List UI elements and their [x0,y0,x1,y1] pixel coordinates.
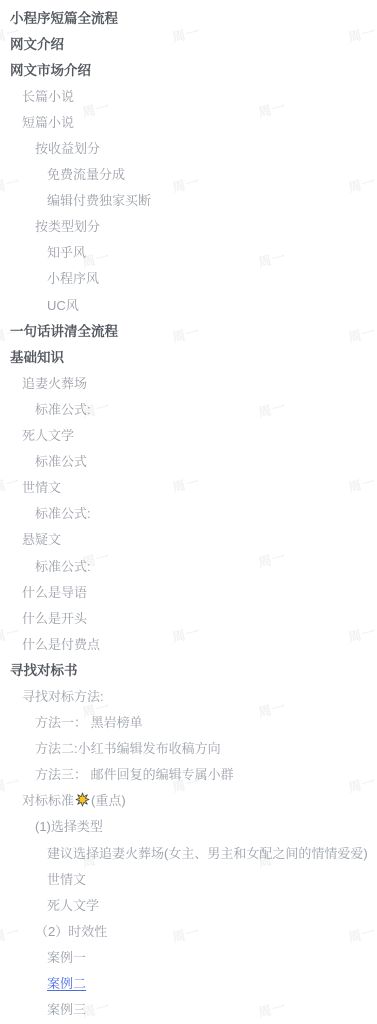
outline-item[interactable]: 网文介绍 [0,30,377,56]
outline-item[interactable]: 悬疑文 [0,526,377,552]
outline-item-label: 标准公式: [35,556,91,575]
outline-item[interactable]: 案例一 [0,943,377,969]
outline-item[interactable]: 按类型划分 [0,213,377,239]
outline-item-label: 短篇小说 [22,112,74,131]
outline-item[interactable]: 死人文学 [0,891,377,917]
outline-item-label: 世情文 [47,869,86,888]
outline-item-label: UC风 [47,295,79,314]
outline-item[interactable]: 世情文 [0,474,377,500]
outline-item[interactable]: 编辑付费独家买断 [0,187,377,213]
outline-item-label: 什么是导语 [22,582,87,601]
outline-item[interactable]: （2）时效性 [0,917,377,943]
outline-item-label: 建议选择追妻火葬场(女主、男主和女配之间的情情爱爱) [47,843,368,862]
outline-item-label: 网文介绍 [10,33,64,53]
outline-item-label: 悬疑文 [22,529,61,548]
outline-item[interactable]: 标准公式: [0,500,377,526]
outline-item[interactable]: 基础知识 [0,343,377,369]
outline-item[interactable]: 方法二:小红书编辑发布收稿方向 [0,735,377,761]
outline-item[interactable]: 案例三 [0,996,377,1022]
outline-item-label: （2）时效性 [35,921,107,940]
outline-item[interactable]: 寻找对标方法: [0,682,377,708]
outline-item-label: 一句话讲清全流程 [10,320,118,340]
outline-item-label: 寻找对标书 [10,659,78,679]
outline-item-label: 案例二 [47,973,86,992]
outline-item[interactable]: 世情文 [0,865,377,891]
outline-item-label: 寻找对标方法: [22,686,104,705]
outline-item-label: 世情文 [22,477,61,496]
outline-item-label: 什么是付费点 [22,634,100,653]
outline-item[interactable]: 什么是开头 [0,604,377,630]
outline-item[interactable]: 免费流量分成 [0,161,377,187]
outline-item-label: 方法一： 黑岩榜单 [35,712,143,731]
outline-item-label: 案例一 [47,947,86,966]
outline-item[interactable]: 按收益划分 [0,134,377,160]
outline-item[interactable]: 死人文学 [0,422,377,448]
outline-list: 小程序短篇全流程网文介绍网文市场介绍长篇小说短篇小说按收益划分免费流量分成编辑付… [0,0,377,1022]
outline-item-label: 什么是开头 [22,608,87,627]
outline-item-label: 编辑付费独家买断 [47,190,151,209]
outline-item[interactable]: 短篇小说 [0,108,377,134]
outline-item[interactable]: 什么是付费点 [0,630,377,656]
outline-item[interactable]: 小程序短篇全流程 [0,4,377,30]
outline-item[interactable]: 方法一： 黑岩榜单 [0,709,377,735]
outline-item-label: 方法三： 邮件回复的编辑专属小群 [35,764,234,783]
outline-item[interactable]: 对标标准(重点) [0,787,377,813]
outline-item[interactable]: 方法三： 邮件回复的编辑专属小群 [0,761,377,787]
outline-item-label: 死人文学 [22,425,74,444]
outline-item-label: 免费流量分成 [47,164,125,183]
outline-item[interactable]: 网文市场介绍 [0,56,377,82]
outline-item-label-suffix: (重点) [91,790,126,809]
outline-item-label: 知乎风 [47,242,86,261]
outline-item[interactable]: 长篇小说 [0,82,377,108]
outline-item[interactable]: 一句话讲清全流程 [0,317,377,343]
outline-item-label: 基础知识 [10,346,64,366]
outline-item-label: 按类型划分 [35,216,100,235]
outline-item[interactable]: 标准公式: [0,395,377,421]
outline-item[interactable]: 寻找对标书 [0,656,377,682]
outline-item-label: 小程序风 [47,268,99,287]
outline-item[interactable]: 知乎风 [0,239,377,265]
outline-item-label: 网文市场介绍 [10,59,91,79]
outline-item-label: 死人文学 [47,895,99,914]
outline-item[interactable]: 标准公式 [0,448,377,474]
outline-item-label: 长篇小说 [22,86,74,105]
outline-item[interactable]: 追妻火葬场 [0,369,377,395]
outline-item[interactable]: 小程序风 [0,265,377,291]
outline-item[interactable]: 什么是导语 [0,578,377,604]
outline-item-label: 小程序短篇全流程 [10,7,118,27]
outline-item-label: 按收益划分 [35,138,100,157]
document-outline-panel: 周一周一周一周一周一周一周一周一周一周一周一周一周一周一周一周一周一周一周一周一… [0,0,377,1024]
outline-item-label: 标准公式: [35,503,91,522]
outline-item-active[interactable]: 案例二 [0,969,377,995]
outline-item-label: 标准公式 [35,451,87,470]
outline-item-label: 标准公式: [35,399,91,418]
outline-item-label: 对标标准 [22,790,74,809]
outline-item-label: 追妻火葬场 [22,373,87,392]
outline-item[interactable]: 标准公式: [0,552,377,578]
outline-item[interactable]: 建议选择追妻火葬场(女主、男主和女配之间的情情爱爱) [0,839,377,865]
outline-item[interactable]: (1)选择类型 [0,813,377,839]
star-emoji [75,792,90,807]
outline-item-label: 案例三 [47,999,86,1018]
outline-item-label: 方法二:小红书编辑发布收稿方向 [35,738,221,757]
outline-item[interactable]: UC风 [0,291,377,317]
outline-item-label: (1)选择类型 [35,816,103,835]
